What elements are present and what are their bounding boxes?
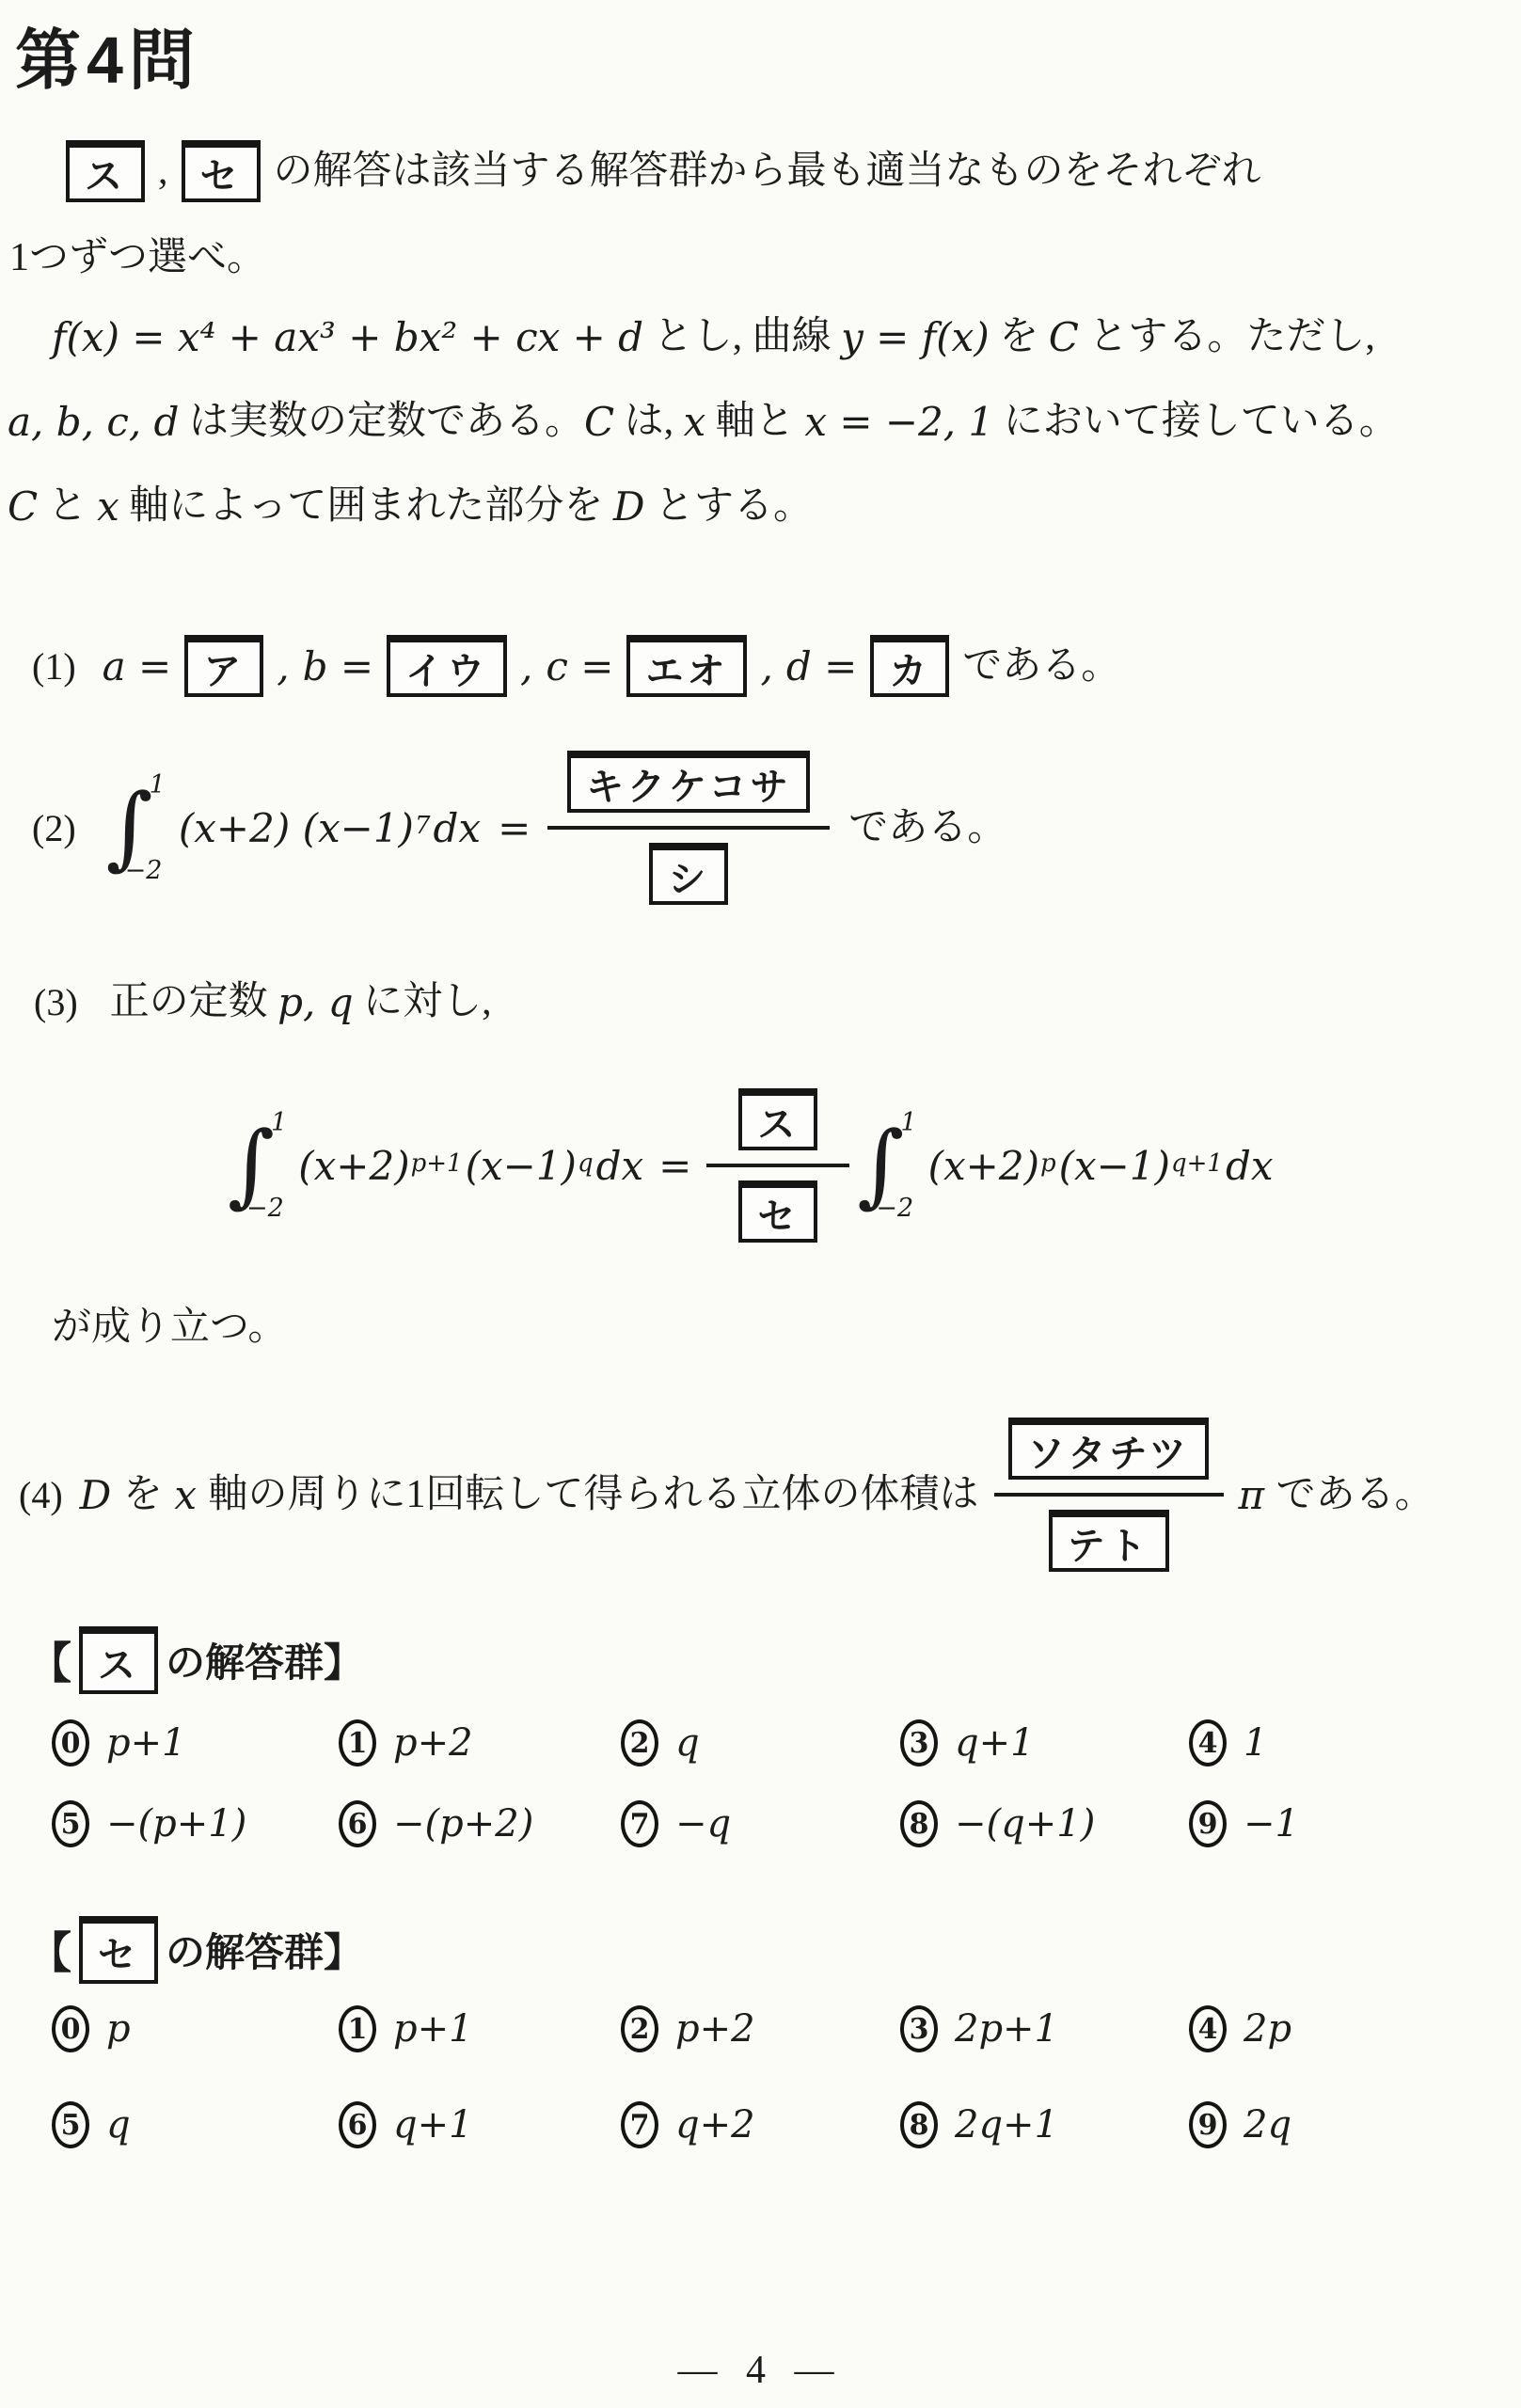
rhs-integrand: (x+2)p(x−1)q+1dx xyxy=(928,1143,1274,1189)
answer-box-se-reference: セ xyxy=(182,140,261,202)
circled-number-7: 7 xyxy=(621,2101,658,2148)
circled-number-9: 9 xyxy=(1189,2101,1227,2148)
circled-number-4: 4 xyxy=(1189,2005,1227,2052)
circled-number-8: 8 xyxy=(900,1800,938,1847)
circled-number-9: 9 xyxy=(1189,1800,1227,1847)
integrand: (x+2) (x−1)7dx xyxy=(179,805,481,851)
group-title: の解答群】 xyxy=(166,1922,363,1978)
integral-lower-limit: −2 xyxy=(246,1194,287,1223)
answer-box-a: ア xyxy=(184,635,263,697)
option-se-3[interactable]: 3 2p+1 xyxy=(900,2002,1189,2056)
circled-number-0: 0 xyxy=(52,2005,89,2052)
option-su-3[interactable]: 3 q+1 xyxy=(900,1716,1189,1770)
circled-number-3: 3 xyxy=(900,2005,938,2052)
part-1-label: (1) xyxy=(32,644,76,689)
circled-number-1: 1 xyxy=(339,2005,376,2052)
answer-group-su-header: 【 ス の解答群】 xyxy=(28,1624,363,1697)
answer-group-se-header: 【 セ の解答群】 xyxy=(28,1913,363,1987)
circled-number-8: 8 xyxy=(900,2101,938,2148)
setup-line-1: f(x) = x⁴ + ax³ + bx² + cx + d とし, 曲線 y … xyxy=(52,309,1375,365)
fraction-bar xyxy=(706,1164,849,1167)
integral-sign: ∫ 1 −2 xyxy=(228,1108,287,1223)
part-3-intro: (3) 正の定数 p, q に対し, xyxy=(34,973,492,1031)
circled-number-3: 3 xyxy=(900,1719,938,1766)
setup-line-2: a, b, c, d は実数の定数である。 C は, x 軸と x = −2, … xyxy=(8,393,1399,450)
answer-box-eo: エオ xyxy=(626,635,747,697)
option-su-0[interactable]: 0 p+1 xyxy=(52,1716,339,1770)
option-se-8[interactable]: 8 2q+1 xyxy=(900,2098,1189,2152)
option-se-2[interactable]: 2 p+2 xyxy=(621,2002,900,2056)
answer-box-se: セ xyxy=(738,1180,817,1243)
comma-separator: , xyxy=(158,147,168,197)
integral-sign: ∫ 1 −2 xyxy=(106,770,166,885)
integral-upper-limit: 1 xyxy=(150,770,166,800)
circled-number-2: 2 xyxy=(621,2005,658,2052)
page-number: — 4 — xyxy=(0,2348,1521,2393)
integral-lower-limit: −2 xyxy=(876,1194,916,1223)
option-se-6[interactable]: 6 q+1 xyxy=(339,2098,621,2152)
answer-box-ka: カ xyxy=(870,635,949,697)
option-se-7[interactable]: 7 q+2 xyxy=(621,2098,900,2152)
instruction-line-1: ス , セ の解答は該当する解答群から最も適当なものをそれぞれ xyxy=(66,130,1261,213)
fraction: ソタチツ テト xyxy=(994,1418,1224,1572)
integral-upper-limit: 1 xyxy=(900,1108,916,1137)
circled-number-7: 7 xyxy=(621,1800,658,1847)
tangent-points: x = −2, 1 xyxy=(804,399,993,445)
circled-number-6: 6 xyxy=(339,2101,376,2148)
option-se-5[interactable]: 5 q xyxy=(52,2098,339,2152)
part-3-equation: ∫ 1 −2 (x+2)p+1(x−1)qdx = ス セ ∫ 1 −2 (x+… xyxy=(228,1082,1274,1249)
integral-upper-limit: 1 xyxy=(271,1108,287,1137)
pi-symbol: π xyxy=(1239,1472,1265,1518)
group-title: の解答群】 xyxy=(166,1632,363,1688)
option-su-9[interactable]: 9 −1 xyxy=(1189,1797,1481,1851)
exam-page: 第4問 ス , セ の解答は該当する解答群から最も適当なものをそれぞれ 1つずつ… xyxy=(0,0,1521,2408)
option-se-1[interactable]: 1 p+1 xyxy=(339,2002,621,2056)
part-4-label: (4) xyxy=(19,1473,63,1517)
answer-box-sotachitsu: ソタチツ xyxy=(1008,1418,1209,1480)
fraction-bar xyxy=(547,826,830,830)
answer-group-su-options: 0 p+1 1 p+2 2 q 3 q+1 4 1 5 −(p+1) 6 −(p… xyxy=(52,1716,1481,1851)
option-se-9[interactable]: 9 2q xyxy=(1189,2098,1481,2152)
opening-bracket: 【 xyxy=(28,1919,71,1981)
lhs-integrand: (x+2)p+1(x−1)qdx xyxy=(298,1143,643,1189)
instruction-text-1: の解答は該当する解答群から最も適当なものをそれぞれ xyxy=(274,147,1261,197)
part-2-label: (2) xyxy=(32,806,76,850)
answer-box-su: ス xyxy=(738,1088,817,1150)
instruction-text-2: 1つずつ選べ。 xyxy=(9,233,266,283)
circled-number-0: 0 xyxy=(52,1719,89,1766)
part-1: (1) a = ア , b = イウ , c = エオ , d = カ である。 xyxy=(32,628,1120,704)
answer-box-kikukekosa: キクケコサ xyxy=(567,751,810,813)
curve-equation: y = f(x) xyxy=(841,314,990,360)
fraction: キクケコサ シ xyxy=(547,751,830,905)
option-su-6[interactable]: 6 −(p+2) xyxy=(339,1797,621,1851)
part-3-label: (3) xyxy=(34,980,78,1024)
option-se-0[interactable]: 0 p xyxy=(52,2002,339,2056)
equals-sign: = xyxy=(498,805,531,851)
option-su-4[interactable]: 4 1 xyxy=(1189,1716,1481,1770)
integral-lower-limit: −2 xyxy=(125,856,166,885)
part-4: (4) D を x 軸の周りに1回転して得られる立体の体積は ソタチツ テト π… xyxy=(19,1403,1434,1586)
circled-number-6: 6 xyxy=(339,1800,376,1847)
circled-number-5: 5 xyxy=(52,1800,89,1847)
part-2: (2) ∫ 1 −2 (x+2) (x−1)7dx = キクケコサ シ である。 xyxy=(32,736,1006,920)
option-su-7[interactable]: 7 −q xyxy=(621,1797,900,1851)
part-3-conclusion: が成り立つ。 xyxy=(52,1303,287,1353)
fraction-bar xyxy=(994,1493,1224,1497)
option-se-4[interactable]: 4 2p xyxy=(1189,2002,1481,2056)
option-su-8[interactable]: 8 −(q+1) xyxy=(900,1797,1189,1851)
answer-box-iu: イウ xyxy=(387,635,507,697)
integral-sign: ∫ 1 −2 xyxy=(857,1108,916,1223)
circled-number-4: 4 xyxy=(1189,1719,1227,1766)
circled-number-1: 1 xyxy=(339,1719,376,1766)
option-su-1[interactable]: 1 p+2 xyxy=(339,1716,621,1770)
option-su-5[interactable]: 5 −(p+1) xyxy=(52,1797,339,1851)
opening-bracket: 【 xyxy=(28,1629,71,1691)
equals-sign: = xyxy=(658,1143,691,1189)
circled-number-5: 5 xyxy=(52,2101,89,2148)
answer-box-su-reference: ス xyxy=(79,1626,158,1694)
option-su-2[interactable]: 2 q xyxy=(621,1716,900,1770)
answer-group-se-options: 0 p 1 p+1 2 p+2 3 2p+1 4 2p 5 q 6 q+1 7 xyxy=(52,2002,1481,2152)
answer-box-teto: テト xyxy=(1049,1510,1169,1572)
answer-box-se-reference: セ xyxy=(79,1916,158,1984)
function-definition: f(x) = x⁴ + ax³ + bx² + cx + d xyxy=(52,314,643,360)
answer-box-shi: シ xyxy=(649,843,728,905)
setup-line-3: C と x 軸によって囲まれた部分を D とする。 xyxy=(8,478,813,534)
answer-box-su-reference: ス xyxy=(66,140,145,202)
fraction: ス セ xyxy=(706,1088,849,1243)
circled-number-2: 2 xyxy=(621,1719,658,1766)
page-title: 第4問 xyxy=(15,8,200,103)
